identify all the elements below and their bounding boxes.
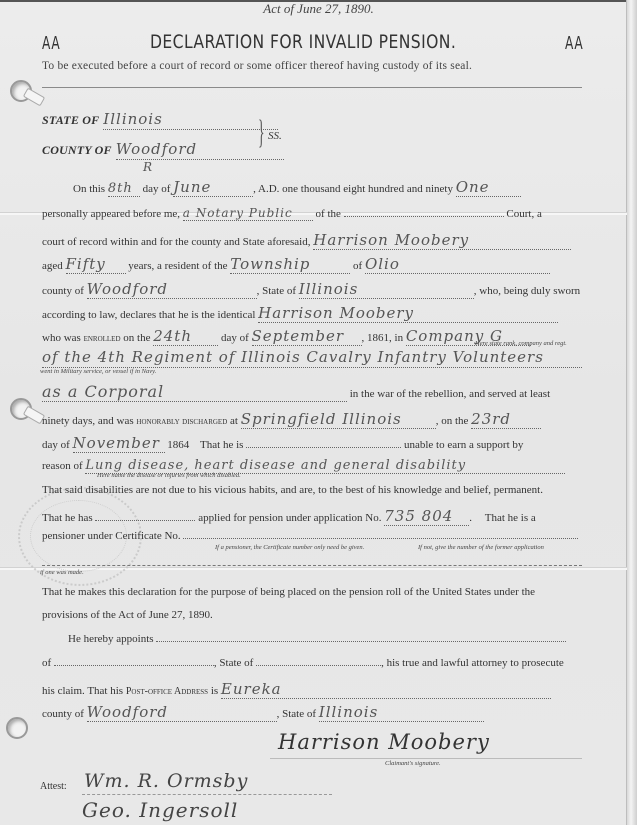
witness-1-line <box>82 794 332 795</box>
enrolled-month-field[interactable]: September <box>252 327 362 346</box>
discharge-month-value: November <box>73 434 160 452</box>
officer-field[interactable]: a Notary Public <box>183 206 313 221</box>
enrolled-day-field[interactable]: 24th <box>153 327 218 346</box>
ss-label: SS. <box>268 130 282 142</box>
court-label: Court, a <box>506 208 541 220</box>
hint-application: If not, give the number of the former ap… <box>418 544 544 551</box>
certificate-number-field[interactable] <box>183 538 578 539</box>
on-this-label: On this <box>73 183 105 195</box>
po-county-of-label: county of <box>42 708 84 720</box>
purpose-line-2: provisions of the Act of June 27, 1890. <box>42 609 213 621</box>
applied-for-label: applied for pension under application No… <box>198 512 381 524</box>
attorney-location-row: of , State of , his true and lawful atto… <box>42 657 564 669</box>
that-he-has-label: That he has <box>42 512 93 524</box>
enrolled-prefix: who was <box>42 332 81 344</box>
header-divider <box>42 87 582 88</box>
rank-row: as a Corporal in the war of the rebellio… <box>42 382 550 402</box>
po-county-row: county of Woodford, State of Illinois <box>42 703 484 722</box>
war-text: in the war of the rebellion, and served … <box>350 388 550 400</box>
rank-field[interactable]: as a Corporal <box>42 382 347 402</box>
application-number-field[interactable]: 735 804 <box>384 507 469 526</box>
identity-row: according to law, declares that he is th… <box>42 304 558 323</box>
identical-name-value: Harrison Moobery <box>258 304 414 322</box>
state-label: STATE OF <box>42 113 99 127</box>
pension-declaration-page: Act of June 27, 1890. AA AA DECLARATION … <box>0 0 637 825</box>
county-value: Woodford <box>116 140 197 158</box>
document-title: DECLARATION FOR INVALID PENSION. <box>150 31 456 53</box>
discharge-day-of-label: day of <box>42 439 70 451</box>
punch-hole-icon <box>6 717 28 739</box>
po-county-value: Woodford <box>87 703 168 721</box>
hint-rank: Here state rank, company and regt. <box>475 340 567 347</box>
post-office-value: Eureka <box>221 680 282 698</box>
ninety-days-text: ninety days, and was <box>42 415 134 427</box>
post-office-row: his claim. That his Post-office Address … <box>42 680 551 699</box>
date-row: On this 8th day of June, A.D. one thousa… <box>73 178 521 197</box>
act-header: Act of June 27, 1890. <box>0 1 637 17</box>
attorney-city-field[interactable] <box>54 665 214 666</box>
venue-brace-icon: } <box>258 114 265 152</box>
years-resident-label: years, a resident of the <box>128 260 227 272</box>
township-value: Township <box>230 255 310 273</box>
po-state-field[interactable]: Illinois <box>319 703 484 722</box>
punch-tab-icon <box>23 88 45 107</box>
resident-state-value: Illinois <box>299 280 359 298</box>
discharge-row: ninety days, and was honorably discharge… <box>42 410 541 429</box>
venue-county-row: COUNTY OF Woodford <box>42 140 284 160</box>
pensioner-under-label: pensioner under Certificate No. <box>42 530 181 542</box>
po-county-field[interactable]: Woodford <box>87 703 277 722</box>
age-field[interactable]: Fifty <box>66 255 126 274</box>
appeared-before-label: personally appeared before me, <box>42 208 180 220</box>
resident-county-field[interactable]: Woodford <box>87 280 257 299</box>
not-vicious-text: That said disabilities are not due to hi… <box>42 484 543 496</box>
discharge-day-value: 23rd <box>471 410 511 428</box>
claimant-caption: Claimant's signature. <box>385 760 441 767</box>
day-of-label: day of <box>143 183 171 195</box>
discharge-month-field[interactable]: November <box>73 434 165 453</box>
attorney-of-label: of <box>42 657 51 669</box>
hint-vessel: went in Military service, or vessel if i… <box>40 368 156 375</box>
regiment-row: of the 4th Regiment of Illinois Cavalry … <box>42 348 582 368</box>
county-of-label: county of <box>42 285 84 297</box>
court-of-record-text: court of record within and for the count… <box>42 236 311 248</box>
resident-county-value: Woodford <box>87 280 168 298</box>
claimant-name-field[interactable]: Harrison Moobery <box>313 231 571 250</box>
town-value: Olio <box>365 255 400 273</box>
form-code-left: AA <box>42 33 60 54</box>
document-subtitle: To be executed before a court of record … <box>42 60 472 72</box>
of-the-label: of the <box>316 208 341 220</box>
purpose-line-1: That he makes this declaration for the p… <box>42 586 535 598</box>
month-value: June <box>173 178 211 196</box>
signature-line <box>270 758 582 759</box>
identical-name-field[interactable]: Harrison Moobery <box>258 304 558 323</box>
that-he-is-label: That he is <box>200 439 243 451</box>
day-value: 8th <box>108 181 133 196</box>
according-to-law-text: according to law, declares that he is th… <box>42 309 255 321</box>
day-field[interactable]: 8th <box>108 181 140 197</box>
regiment-value: of the 4th Regiment of Illinois Cavalry … <box>42 348 544 366</box>
of-label: of <box>353 260 362 272</box>
court-field[interactable] <box>344 216 504 217</box>
is-label: is <box>211 685 218 697</box>
attorney-text: , his true and lawful attorney to prosec… <box>381 657 564 669</box>
resident-state-field[interactable]: Illinois <box>299 280 474 299</box>
discharge-place-value: Springfield Illinois <box>241 410 402 428</box>
his-claim-text: his claim. That his <box>42 685 123 697</box>
township-field[interactable]: Township <box>230 255 350 274</box>
county-state-row: county of Woodford, State of Illinois, w… <box>42 280 580 299</box>
unable-text: unable to earn a support by <box>404 439 523 451</box>
claimant-row: court of record within and for the count… <box>42 231 571 250</box>
post-office-word: Post-office Address <box>126 686 208 697</box>
witness-2-signature[interactable]: Geo. Ingersoll <box>82 798 238 822</box>
form-code-right: AA <box>565 33 583 54</box>
discharged-word: honorably discharged <box>136 416 227 427</box>
appoints-row: He hereby appoints <box>68 633 566 645</box>
post-office-field[interactable]: Eureka <box>221 680 551 699</box>
discharge-place-field[interactable]: Springfield Illinois <box>241 410 436 429</box>
enrolled-month-value: September <box>252 327 345 345</box>
year-field[interactable]: One <box>456 178 521 197</box>
paper-right-edge <box>626 0 637 825</box>
certificate-row: pensioner under Certificate No. <box>42 530 578 542</box>
enrolled-day-value: 24th <box>153 327 192 345</box>
po-state-of-label: , State of <box>277 708 316 720</box>
attorney-state-label: , State of <box>214 657 253 669</box>
claimant-signature[interactable]: Harrison Moobery <box>278 730 490 754</box>
appoints-label: He hereby appoints <box>68 633 154 645</box>
enrolled-year-text: , 1861, in <box>362 332 404 344</box>
aged-label: aged <box>42 260 63 272</box>
year-value: One <box>456 178 490 196</box>
ad-text: , A.D. one thousand eight hundred and ni… <box>253 183 453 195</box>
state-value: Illinois <box>103 110 163 128</box>
attorney-name-field[interactable] <box>156 641 566 642</box>
disability-value: Lung disease, heart disease and general … <box>85 458 466 473</box>
discharge-year: 1864 <box>167 439 189 451</box>
has-qualifier-field[interactable] <box>95 520 195 521</box>
enrollment-row: who was enrolled on the 24th day of Sept… <box>42 327 531 346</box>
hint-certificate: If a pensioner, the Certificate number o… <box>215 544 364 551</box>
po-state-value: Illinois <box>319 703 379 721</box>
state-of-label: , State of <box>257 285 296 297</box>
town-field[interactable]: Olio <box>365 255 550 274</box>
discharge-date-row: day of November 1864 That he is unable t… <box>42 434 523 453</box>
month-field[interactable]: June <box>173 178 253 197</box>
hint-disease: Here name the disease or injuries from w… <box>97 472 241 479</box>
age-value: Fifty <box>66 255 106 273</box>
attest-label: Attest: <box>40 781 67 792</box>
venue-state-row: STATE OF Illinois <box>42 110 278 130</box>
attorney-state-field[interactable] <box>256 665 381 666</box>
application-number-value: 735 804 <box>384 507 453 525</box>
witness-1-signature[interactable]: Wm. R. Ormsby <box>84 770 248 792</box>
former-application-line[interactable] <box>42 565 582 566</box>
enrolled-word: enrolled <box>84 333 121 344</box>
state-field[interactable]: Illinois <box>103 110 278 130</box>
regiment-field[interactable]: of the 4th Regiment of Illinois Cavalry … <box>42 348 582 368</box>
on-the-label: , on the <box>436 415 469 427</box>
claimant-name-value: Harrison Moobery <box>313 231 469 249</box>
reason-of-label: reason of <box>42 460 83 472</box>
hint-if-one-was-made: if one was made. <box>40 569 84 576</box>
unable-qualifier-field[interactable] <box>246 447 401 448</box>
application-row: That he has applied for pension under ap… <box>42 507 536 526</box>
officer-value: a Notary Public <box>183 206 293 220</box>
enrolled-day-of-label: day of <box>221 332 249 344</box>
initial-mark: R <box>143 160 153 174</box>
rank-value: as a Corporal <box>42 382 164 401</box>
discharge-day-field[interactable]: 23rd <box>471 410 541 429</box>
duly-sworn-text: , who, being duly sworn <box>474 285 580 297</box>
age-residence-row: aged Fifty years, a resident of the Town… <box>42 255 550 274</box>
that-he-is-a-label: That he is a <box>485 512 536 524</box>
officer-row: personally appeared before me, a Notary … <box>42 206 542 221</box>
discharged-at-label: at <box>230 415 238 427</box>
county-label: COUNTY OF <box>42 143 112 157</box>
enrolled-suffix: on the <box>123 332 150 344</box>
